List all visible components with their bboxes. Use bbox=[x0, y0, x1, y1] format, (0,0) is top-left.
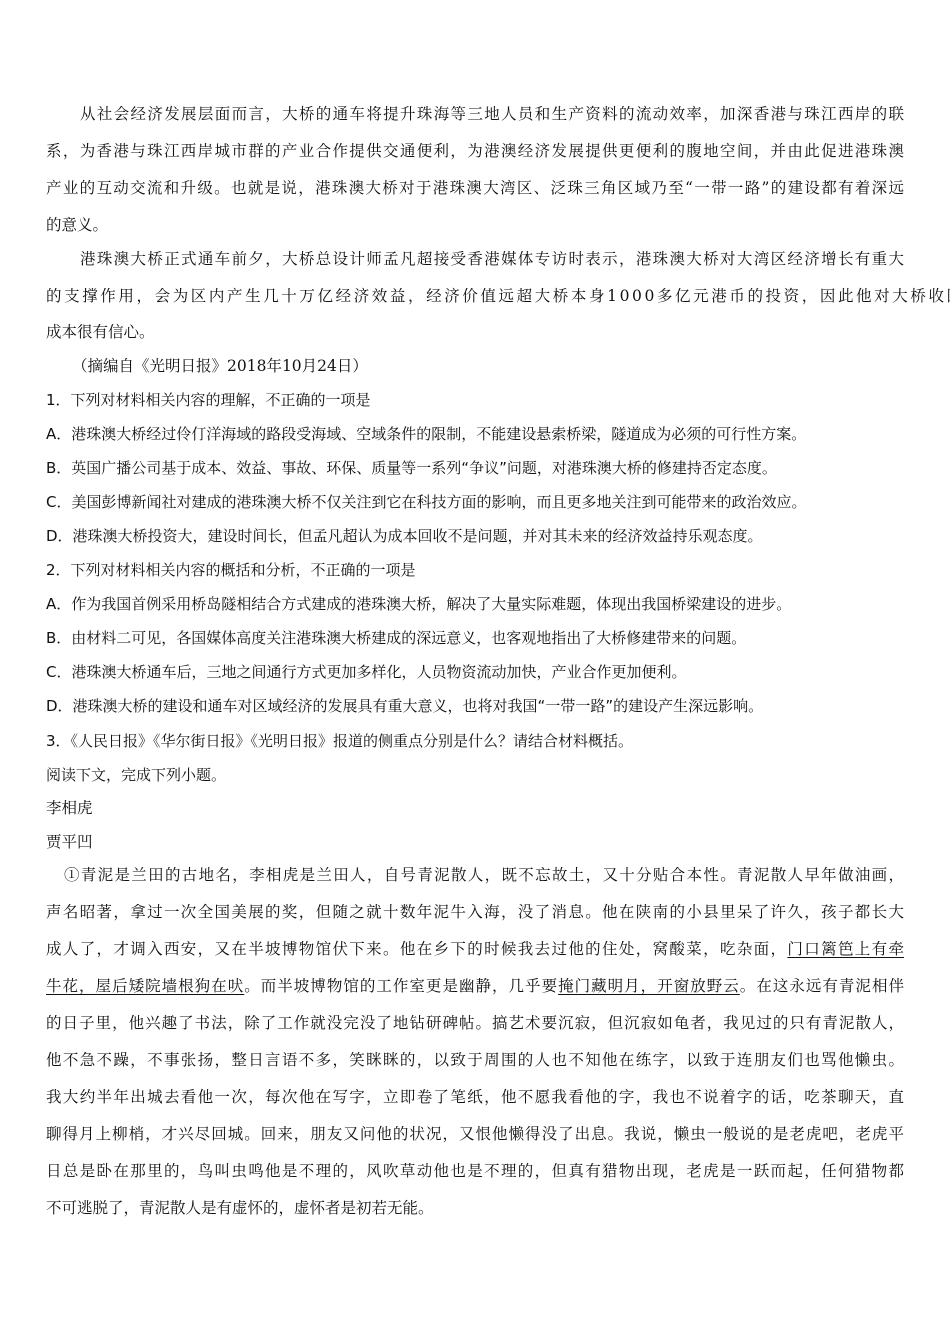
question-2-option-d: D．港珠澳大桥的建设和通车对区域经济的发展具有重大意义，也将对我国“一带一路”的… bbox=[46, 696, 763, 716]
article-p1-line-3-text: 成人了，才调入西安，又在半坡博物馆伏下来。他在乡下的时候我去过他的住处，窝酸菜，… bbox=[46, 940, 787, 958]
material-p1-line-1: 从社会经济发展层面而言，大桥的通车将提升珠海等三地人员和生产资料的流动效率，加深… bbox=[46, 104, 904, 124]
question-2-stem: 2．下列对材料相关内容的概括和分析，不正确的一项是 bbox=[46, 560, 416, 580]
material-p2-line-3: 成本很有信心。 bbox=[46, 322, 155, 342]
material-p1-line-3: 产业的互动交流和升级。也就是说，港珠澳大桥对于港珠澳大湾区、泛珠三角区域乃至“一… bbox=[46, 178, 904, 198]
question-1-option-b: B．英国广播公司基于成本、效益、事故、环保、质量等一系列“争议”问题，对港珠澳大… bbox=[46, 458, 777, 478]
article-p1-line-4-text-b: 。在这永远有青泥相伴 bbox=[740, 977, 904, 995]
article-p1-line-4-text-a: 。而半坡博物馆的工作室更是幽静，几乎要 bbox=[244, 977, 558, 995]
article-p1-line-1: ①青泥是兰田的古地名，李相虎是兰田人，自号青泥散人，既不忘故土，又十分贴合本性。… bbox=[46, 865, 904, 885]
question-1-option-a: A．港珠澳大桥经过伶仃洋海域的路段受海域、空域条件的限制，不能建设悬索桥梁，隧道… bbox=[46, 424, 806, 444]
article-p1-line-9: 日总是卧在那里的，鸟叫虫鸣他是不理的，风吹草动他也是不理的，但真有猎物出现，老虎… bbox=[46, 1161, 904, 1181]
question-3-stem: 3．《人民日报》《华尔街日报》《光明日报》报道的侧重点分别是什么？请结合材料概括… bbox=[46, 731, 633, 751]
article-p1-line-6: 他不急不躁，不事张扬，整日言语不多，笑眯眯的，以致于周围的人也不知他在练字，以致… bbox=[46, 1050, 904, 1070]
question-2-option-b: B．由材料二可见，各国媒体高度关注港珠澳大桥建成的深远意义，也客观地指出了大桥修… bbox=[46, 628, 746, 648]
underlined-phrase-1b: 牛花，屋后矮院墙根狗在吠 bbox=[46, 977, 244, 995]
material-p1-line-4: 的意义。 bbox=[46, 215, 108, 235]
article-p1-line-10: 不可逃脱了，青泥散人是有虚怀的，虚怀者是初若无能。 bbox=[46, 1198, 434, 1218]
underlined-phrase-2: 掩门藏明月，开窗放野云 bbox=[558, 977, 740, 995]
material-p2-line-2: 的支撑作用，会为区内产生几十万亿经济效益，经济价值远超大桥本身1000多亿元港币… bbox=[46, 286, 950, 306]
source-citation: （摘编自《光明日报》2018年10月24日） bbox=[72, 356, 368, 376]
question-2-option-a: A．作为我国首例采用桥岛隧相结合方式建成的港珠澳大桥，解决了大量实际难题，体现出… bbox=[46, 594, 791, 614]
article-title: 李相虎 bbox=[46, 798, 93, 818]
article-p1-line-8: 聊得月上柳梢，才兴尽回城。回来，朋友又问他的状况，又恨他懒得没了出息。我说，懒虫… bbox=[46, 1124, 904, 1144]
material-p2-line-1: 港珠澳大桥正式通车前夕，大桥总设计师孟凡超接受香港媒体专访时表示，港珠澳大桥对大… bbox=[46, 249, 904, 269]
material-p1-line-2: 系，为香港与珠江西岸城市群的产业合作提供交通便利，为港澳经济发展提供更便利的腹地… bbox=[46, 141, 904, 161]
question-2-option-c: C．港珠澳大桥通车后，三地之间通行方式更加多样化，人员物资流动加快，产业合作更加… bbox=[46, 662, 686, 682]
question-1-option-c: C．美国彭博新闻社对建成的港珠澳大桥不仅关注到它在科技方面的影响，而且更多地关注… bbox=[46, 492, 806, 512]
article-author: 贾平凹 bbox=[46, 832, 93, 852]
article-p1-line-5: 的日子里，他兴趣了书法，除了工作就没完没了地钻研碑帖。搞艺术要沉寂，但沉寂如龟者… bbox=[46, 1013, 904, 1033]
question-1-option-d: D．港珠澳大桥投资大，建设时间长，但孟凡超认为成本回收不是问题，并对其未来的经济… bbox=[46, 526, 763, 546]
article-p1-line-2: 声名昭著，拿过一次全国美展的奖，但随之就十数年泥牛入海，没了消息。他在陕南的小县… bbox=[46, 902, 904, 922]
underlined-phrase-1a: 门口篱笆上有牵 bbox=[787, 940, 904, 958]
article-p1-line-3: 成人了，才调入西安，又在半坡博物馆伏下来。他在乡下的时候我去过他的住处，窝酸菜，… bbox=[46, 939, 904, 959]
reading-instruction: 阅读下文，完成下列小题。 bbox=[46, 765, 226, 785]
question-1-stem: 1．下列对材料相关内容的理解，不正确的一项是 bbox=[46, 390, 371, 410]
article-p1-line-4: 牛花，屋后矮院墙根狗在吠。而半坡博物馆的工作室更是幽静，几乎要掩门藏明月，开窗放… bbox=[46, 976, 904, 996]
article-p1-line-7: 我大约半年出城去看他一次，每次他在写字，立即卷了笔纸，他不愿我看他的字，我也不说… bbox=[46, 1087, 904, 1107]
